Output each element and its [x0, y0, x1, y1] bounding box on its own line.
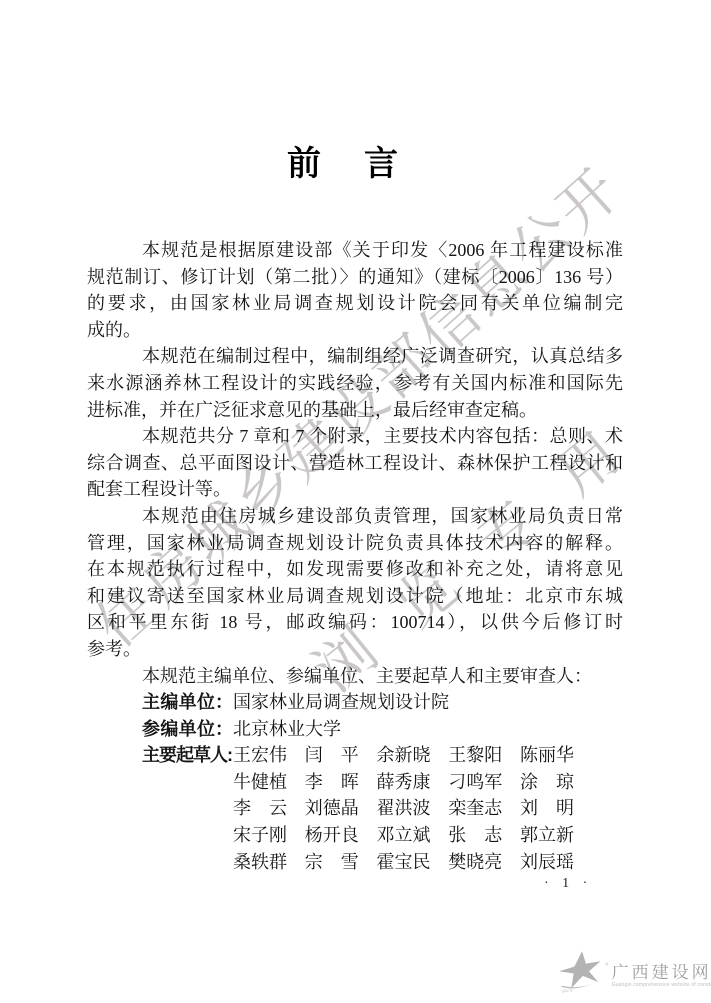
paragraph-1-line-3: 的要求，由国家林业局调查规划设计院会同有关单位编制完 — [87, 290, 623, 317]
paragraph-3-line-3: 配套工程设计等。 — [87, 476, 623, 503]
drafter-name: 桑轶群 — [233, 849, 290, 876]
drafter-name: 樊晓亮 — [448, 849, 505, 876]
title-char-2: 言 — [364, 146, 398, 184]
paragraph-3-line-1: 本规范共分 7 章和 7 个附录，主要技术内容包括：总则、术语、 — [87, 423, 623, 450]
title-char-1: 前 — [287, 146, 321, 184]
chief-editing-unit-label: 主 编 单 位 ： — [142, 689, 233, 716]
drafter-name: 郭立新 — [520, 822, 577, 849]
paragraph-2-line-3: 进标准，并在广泛征求意见的基础上，最后经审查定稿。 — [87, 397, 623, 424]
drafter-name: 涂 琼 — [520, 769, 577, 796]
page-number: · 1 · — [544, 876, 592, 892]
drafter-name: 张 志 — [448, 822, 505, 849]
participating-unit-label: 参 编 单 位 ： — [142, 716, 233, 743]
drafter-name: 薛秀康 — [377, 769, 434, 796]
drafter-name: 闫 平 — [305, 742, 362, 769]
drafter-name: 宋子刚 — [233, 822, 290, 849]
participating-unit-row: 参 编 单 位 ： 北京林业大学 — [87, 716, 623, 743]
drafter-name: 李 晖 — [305, 769, 362, 796]
drafter-name: 牛健植 — [233, 769, 290, 796]
page-title: 前 言 — [287, 146, 398, 184]
paragraph-1-line-1: 本规范是根据原建设部《关于印发〈2006 年工程建设标准 — [87, 237, 623, 264]
paragraph-4-line-4: 和建议寄送至国家林业局调查规划设计院（地址：北京市东城 — [87, 583, 623, 610]
drafter-name: 邓立斌 — [377, 822, 434, 849]
document-page: 住房城乡建设部信息公开 浏览专用 前 言 本规范是根据原建设部《关于印发〈200… — [0, 0, 711, 1003]
paragraph-4-line-3: 在本规范执行过程中，如发现需要修改和补充之处，请将意见 — [87, 556, 623, 583]
star-icon: gxcic — [556, 951, 602, 993]
credits-intro-line: 本规范主编单位、参编单位、主要起草人和主要审查人： — [87, 663, 623, 690]
drafter-name: 翟洪波 — [377, 795, 434, 822]
drafter-name: 余新晓 — [377, 742, 434, 769]
drafters-row-2: 牛健植 李 晖 薛秀康 刁鸣军 涂 琼 — [87, 769, 623, 796]
paragraph-2-line-2: 来水源涵养林工程设计的实践经验，参考有关国内标准和国际先 — [87, 370, 623, 397]
paragraph-1-line-4: 成的。 — [87, 317, 623, 344]
drafters-label: 主要起草人: — [142, 742, 233, 769]
svg-text:gxcic: gxcic — [562, 988, 574, 993]
drafters-row-1: 主要起草人: 王宏伟 闫 平 余新晓 王黎阳 陈丽华 — [87, 742, 623, 769]
drafter-name: 杨开良 — [305, 822, 362, 849]
logo-dot: ° — [605, 961, 609, 971]
drafters-row-4: 宋子刚 杨开良 邓立斌 张 志 郭立新 — [87, 822, 623, 849]
logo-name: 广西建设网 — [612, 963, 711, 982]
site-logo: gxcic ° 广西建设网 Guangxi comprehensive webs… — [556, 951, 711, 993]
drafters-row-3: 李 云 刘德晶 翟洪波 栾奎志 刘 明 — [87, 795, 623, 822]
chief-editing-unit-value: 国家林业局调查规划设计院 — [233, 689, 449, 716]
drafter-name: 刘辰瑶 — [520, 849, 577, 876]
drafter-name: 刘德晶 — [305, 795, 362, 822]
body-text: 本规范是根据原建设部《关于印发〈2006 年工程建设标准 规范制订、修订计划（第… — [87, 237, 623, 875]
drafter-name: 刘 明 — [520, 795, 577, 822]
drafter-name: 陈丽华 — [520, 742, 577, 769]
paragraph-4-line-1: 本规范由住房城乡建设部负责管理，国家林业局负责日常 — [87, 503, 623, 530]
paragraph-1-line-2: 规范制订、修订计划（第二批）〉的通知》（建标〔2006〕136 号） — [87, 264, 623, 291]
paragraph-4-line-2: 管理，国家林业局调查规划设计院负责具体技术内容的解释。 — [87, 530, 623, 557]
drafter-name: 王宏伟 — [233, 742, 290, 769]
paragraph-4-line-6: 参考。 — [87, 636, 623, 663]
drafter-name: 刁鸣军 — [448, 769, 505, 796]
paragraph-4-line-5: 区和平里东街 18 号，邮政编码：100714），以供今后修订时 — [87, 609, 623, 636]
drafter-name: 栾奎志 — [448, 795, 505, 822]
drafter-name: 宗 雪 — [305, 849, 362, 876]
paragraph-3-line-2: 综合调查、总平面图设计、营造林工程设计、森林保护工程设计和 — [87, 450, 623, 477]
paragraph-2-line-1: 本规范在编制过程中，编制组经广泛调查研究，认真总结多年 — [87, 343, 623, 370]
participating-unit-value: 北京林业大学 — [233, 716, 341, 743]
logo-tagline: Guangxi comprehensive website of constru… — [612, 982, 711, 989]
drafter-name: 李 云 — [233, 795, 290, 822]
drafter-name: 王黎阳 — [448, 742, 505, 769]
drafters-row-5: 桑轶群 宗 雪 霍宝民 樊晓亮 刘辰瑶 — [87, 849, 623, 876]
chief-editing-unit-row: 主 编 单 位 ： 国家林业局调查规划设计院 — [87, 689, 623, 716]
drafter-name: 霍宝民 — [377, 849, 434, 876]
